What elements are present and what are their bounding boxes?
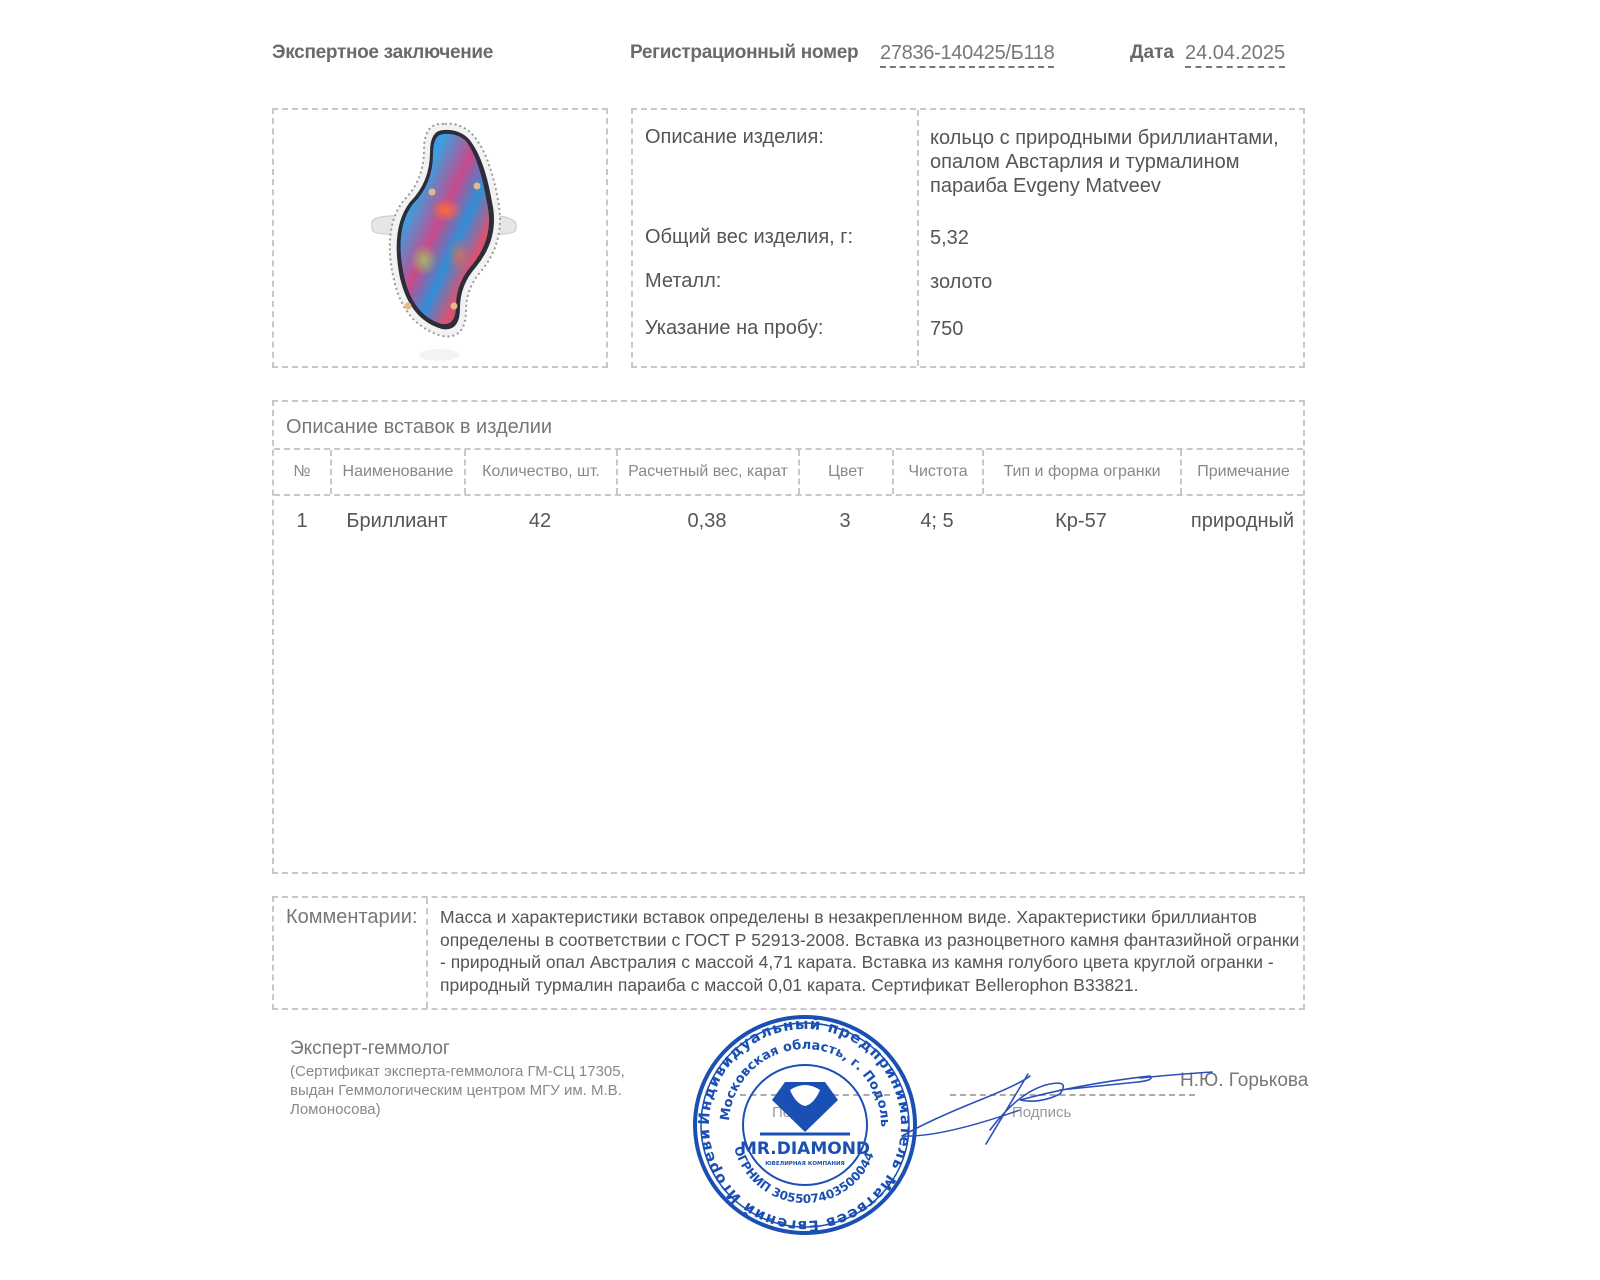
cell-name: Бриллиант bbox=[330, 510, 464, 533]
column-divider bbox=[426, 898, 428, 1008]
expert-title: Эксперт-геммолог bbox=[290, 1038, 450, 1060]
date-label: Дата bbox=[1130, 42, 1174, 64]
comments-label: Комментарии: bbox=[286, 906, 418, 929]
cell-note: природный bbox=[1180, 510, 1305, 533]
total-weight-value: 5,32 bbox=[930, 226, 1300, 250]
hallmark-value: 750 bbox=[930, 317, 1300, 341]
table-header: № Наименование Количество, шт. Расчетный… bbox=[274, 448, 1303, 496]
company-stamp-icon: Индивидуальный предприниматель Матвеев Е… bbox=[690, 1010, 920, 1240]
product-description-panel: Описание изделия: кольцо с природными бр… bbox=[631, 108, 1305, 368]
comments-text: Масса и характеристики вставок определен… bbox=[440, 906, 1300, 996]
handwritten-signature-icon bbox=[900, 1070, 1230, 1150]
col-clarity: Чистота bbox=[892, 450, 982, 494]
cell-quantity: 42 bbox=[464, 510, 616, 533]
inserts-title: Описание вставок в изделии bbox=[286, 416, 552, 439]
inserts-table: Описание вставок в изделии № Наименовани… bbox=[272, 400, 1305, 874]
cell-color: 3 bbox=[798, 510, 892, 533]
cell-weight: 0,38 bbox=[616, 510, 798, 533]
registration-number: 27836-140425/Б118 bbox=[880, 42, 1054, 68]
cell-cut: Кр-57 bbox=[982, 510, 1180, 533]
svg-text:MR.DIAMOND: MR.DIAMOND bbox=[740, 1139, 870, 1159]
metal-value: золото bbox=[930, 270, 1300, 294]
col-number: № bbox=[274, 450, 330, 494]
description-value: кольцо с природными бриллиантами, опалом… bbox=[930, 126, 1300, 198]
col-weight: Расчетный вес, карат bbox=[616, 450, 798, 494]
svg-text:ЮВЕЛИРНАЯ КОМПАНИЯ: ЮВЕЛИРНАЯ КОМПАНИЯ bbox=[765, 1161, 845, 1167]
date-value: 24.04.2025 bbox=[1185, 42, 1285, 68]
col-note: Примечание bbox=[1180, 450, 1305, 494]
col-quantity: Количество, шт. bbox=[464, 450, 616, 494]
product-photo bbox=[272, 108, 608, 368]
registration-label: Регистрационный номер bbox=[630, 42, 858, 64]
metal-label: Металл: bbox=[645, 270, 721, 293]
col-color: Цвет bbox=[798, 450, 892, 494]
cell-clarity: 4; 5 bbox=[892, 510, 982, 533]
col-cut: Тип и форма огранки bbox=[982, 450, 1180, 494]
ring-image-icon bbox=[274, 110, 606, 366]
document-title: Экспертное заключение bbox=[272, 42, 493, 64]
expert-certificate: (Сертификат эксперта-геммолога ГМ-СЦ 173… bbox=[290, 1062, 670, 1119]
hallmark-label: Указание на пробу: bbox=[645, 317, 823, 340]
comments-panel: Комментарии: Масса и характеристики вста… bbox=[272, 896, 1305, 1010]
description-label: Описание изделия: bbox=[645, 126, 824, 149]
column-divider bbox=[917, 110, 919, 366]
col-name: Наименование bbox=[330, 450, 464, 494]
cell-number: 1 bbox=[274, 510, 330, 533]
total-weight-label: Общий вес изделия, г: bbox=[645, 226, 853, 249]
